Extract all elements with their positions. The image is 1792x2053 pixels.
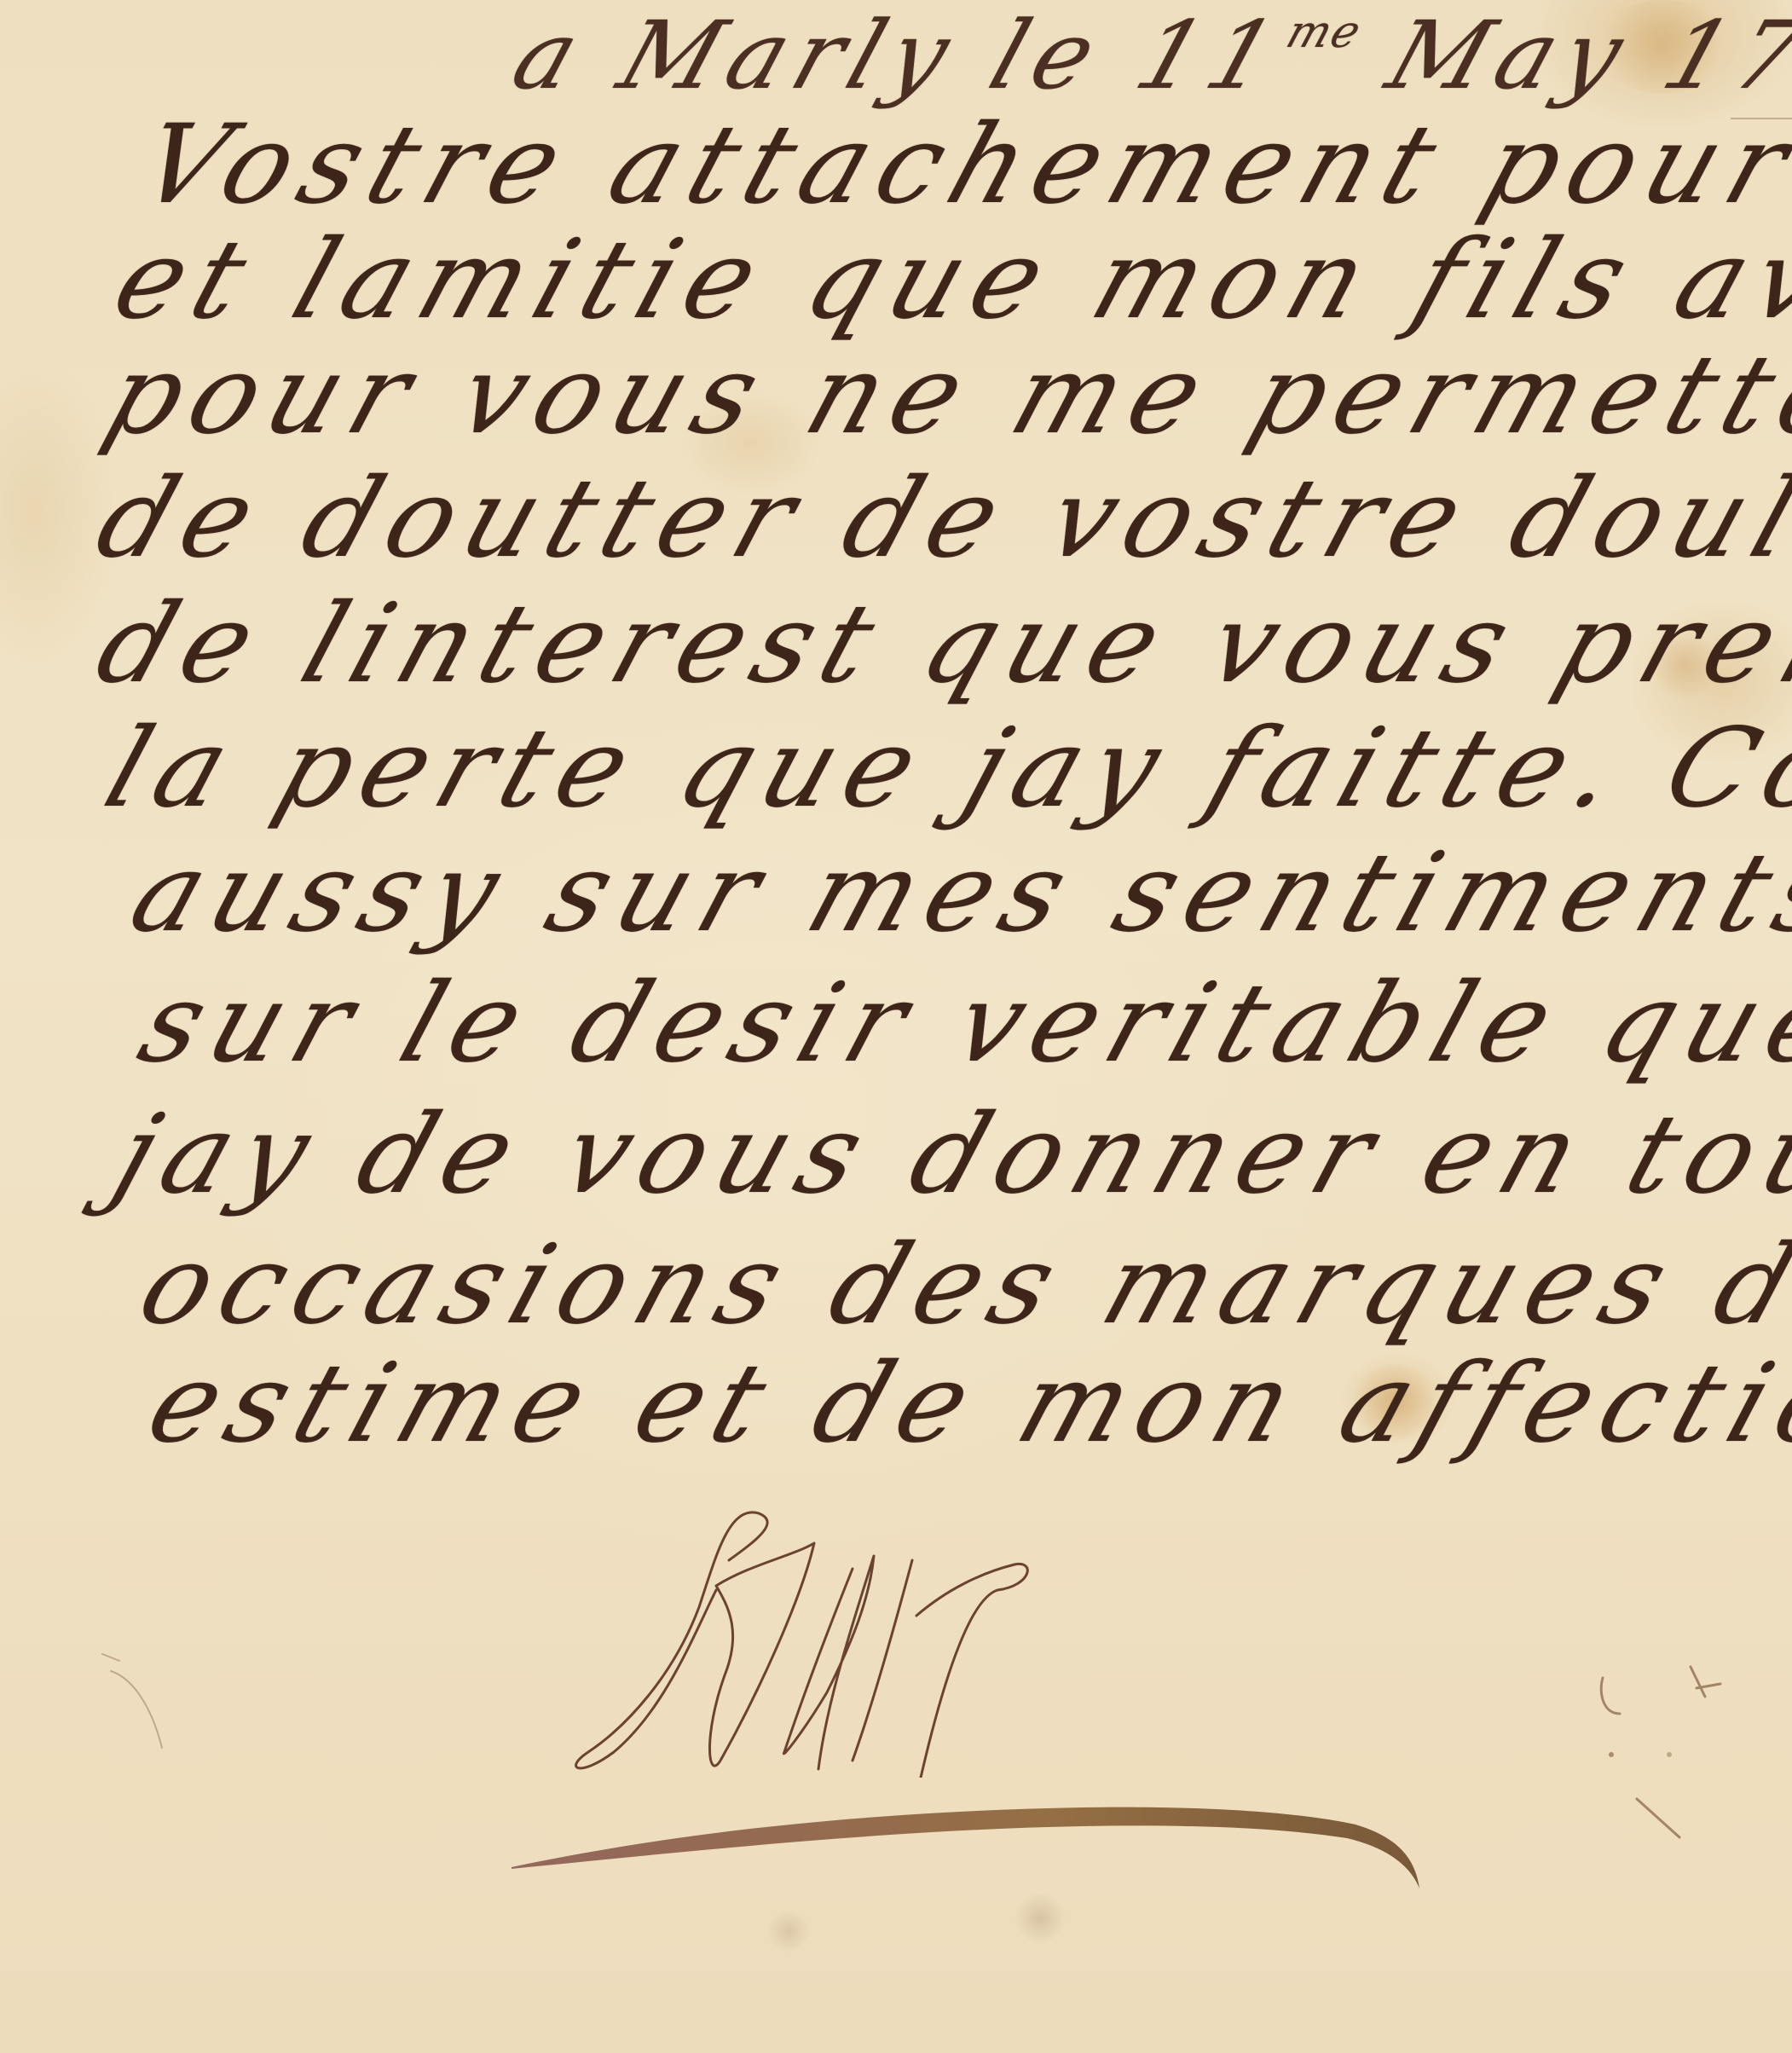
foxing-stain bbox=[767, 1910, 810, 1952]
body-line-7: aussy sur mes sentiments et bbox=[119, 839, 1792, 948]
body-line-9: jay de vous donner en toutes bbox=[102, 1101, 1792, 1210]
body-line-2: et lamitie que mon fils avoit bbox=[102, 226, 1792, 335]
body-line-5: de linterest que vous prenez a bbox=[85, 590, 1792, 699]
stray-marks-left-icon bbox=[85, 1620, 256, 1790]
stray-marks-icon bbox=[1449, 1535, 1792, 1876]
dateline-prefix: a Marly le 11 bbox=[500, 1, 1298, 110]
dateline-superscript: me bbox=[1280, 7, 1369, 58]
letter-page: a Marly le 11me May 171 Vostre attacheme… bbox=[0, 0, 1792, 2053]
signature: Louis bbox=[546, 1505, 1313, 1778]
dateline: a Marly le 11me May 171 bbox=[503, 9, 1792, 102]
paraph-flourish-icon bbox=[503, 1773, 1441, 1901]
body-line-8: sur le desir veritable que bbox=[128, 969, 1792, 1079]
dateline-suffix: May 171 bbox=[1375, 1, 1792, 110]
body-line-11: estime et de mon affection bbox=[136, 1350, 1792, 1459]
body-line-3: pour vous ne me permettent pas bbox=[94, 341, 1792, 450]
body-line-10: occasions des marques de mon bbox=[128, 1231, 1792, 1340]
body-line-1: Vostre attachement pour moy bbox=[128, 111, 1792, 220]
body-line-6: la perte que jay faitte. Contes bbox=[94, 714, 1792, 824]
body-line-4: de doutter de vostre douleur et bbox=[85, 465, 1792, 574]
signature-strokes-icon bbox=[546, 1505, 1313, 1778]
signature-underline bbox=[503, 1773, 1441, 1901]
